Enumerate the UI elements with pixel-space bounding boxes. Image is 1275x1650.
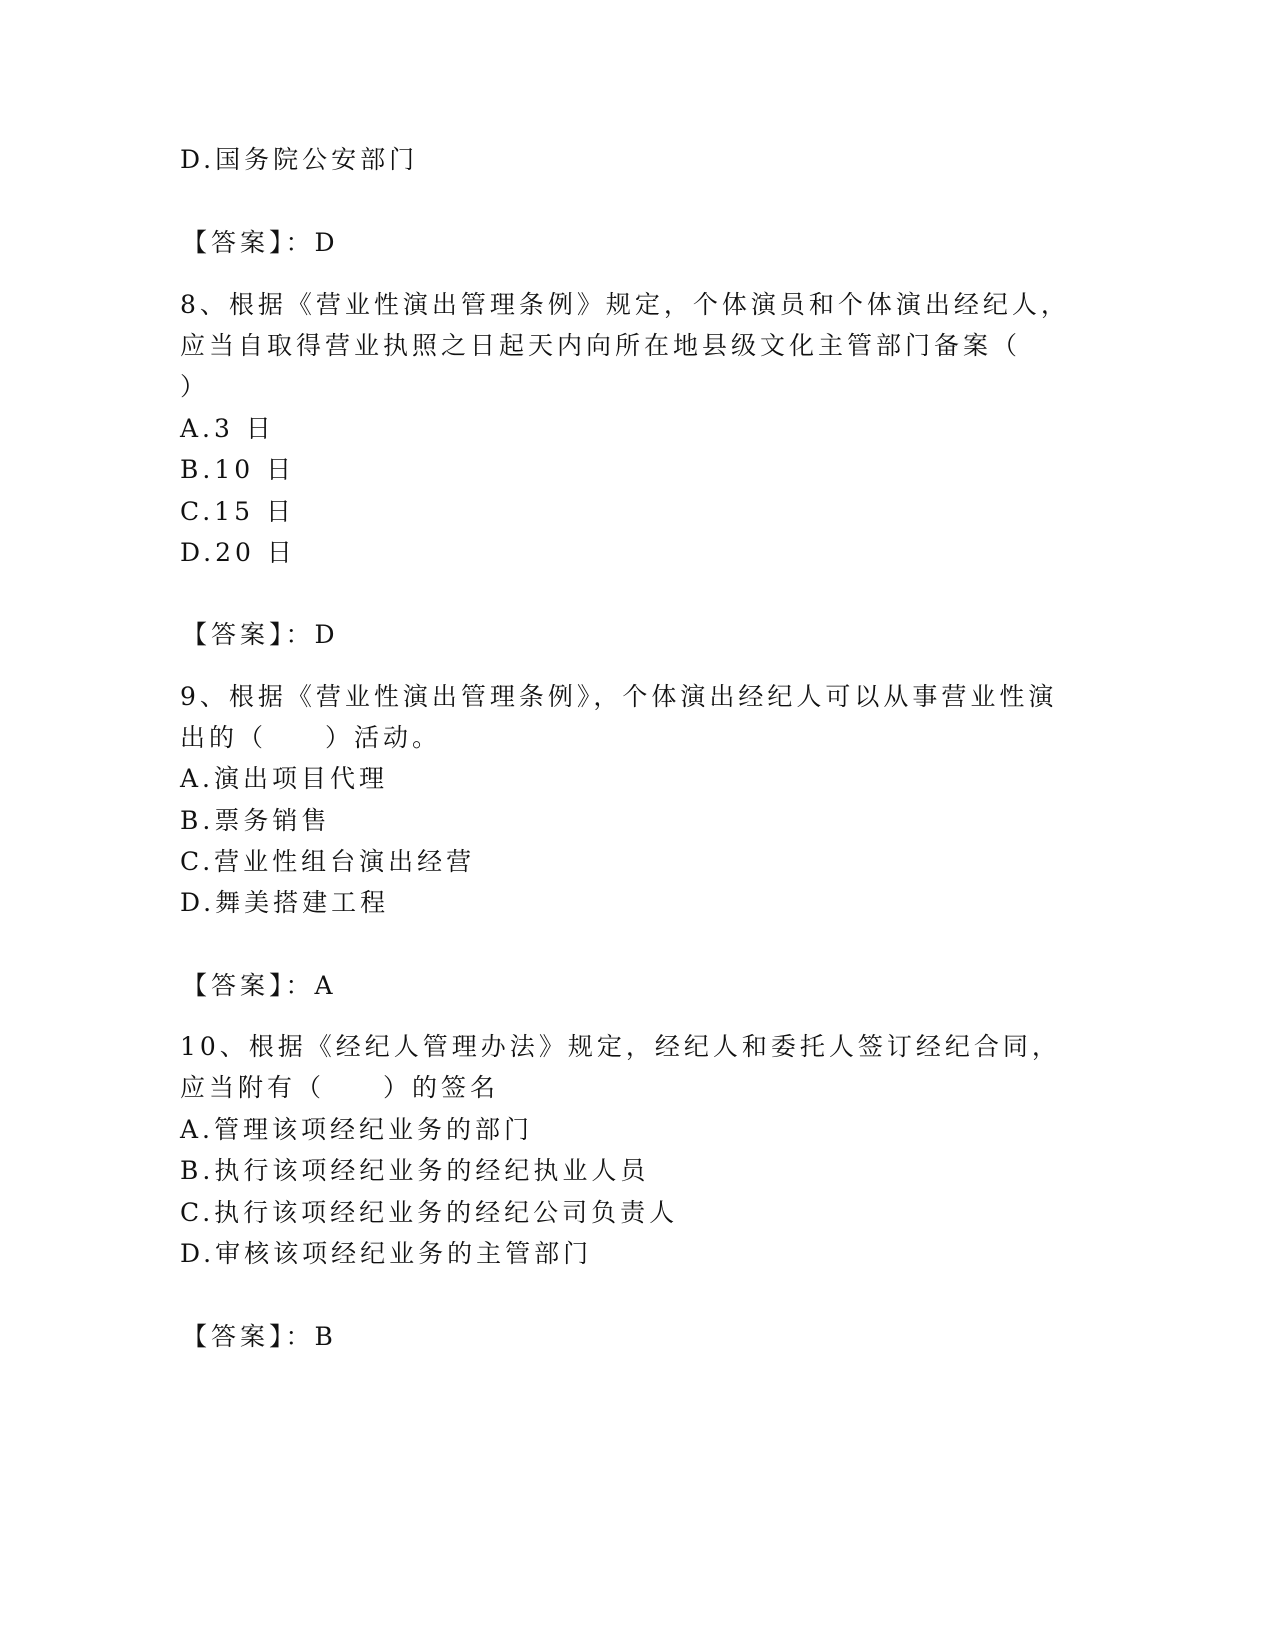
- prev-answer: 【答案】：D: [182, 226, 339, 260]
- question-stem: 应当自取得营业执照之日起天内向所在地县级文化主管部门备案（: [180, 329, 1021, 363]
- option-b: B.票务销售: [180, 804, 330, 838]
- prev-option-d: D.国务院公安部门: [180, 143, 418, 177]
- option-d: D.审核该项经纪业务的主管部门: [180, 1237, 592, 1271]
- option-c: C.15 日: [180, 495, 295, 529]
- option-a: A.3 日: [180, 412, 275, 446]
- option-b: B.10 日: [180, 453, 295, 487]
- answer: 【答案】：B: [182, 1320, 337, 1354]
- question-stem: 应当附有（ ）的签名: [180, 1071, 499, 1105]
- option-c: C.执行该项经纪业务的经纪公司负责人: [180, 1196, 678, 1230]
- question-stem: ）: [180, 370, 209, 404]
- question-stem: 9、根据《营业性演出管理条例》，个体演出经纪人可以从事营业性演: [180, 680, 1057, 714]
- question-stem: 出的（ ）活动。: [180, 721, 441, 755]
- option-d: D.舞美搭建工程: [180, 886, 389, 920]
- answer: 【答案】：D: [182, 618, 339, 652]
- question-stem: 8、根据《营业性演出管理条例》规定，个体演员和个体演出经纪人，: [180, 288, 1070, 322]
- answer: 【答案】：A: [182, 969, 337, 1003]
- option-a: A.演出项目代理: [180, 762, 388, 796]
- question-stem: 10、根据《经纪人管理办法》规定，经纪人和委托人签订经纪合同，: [180, 1030, 1061, 1064]
- option-d: D.20 日: [180, 536, 296, 570]
- option-a: A.管理该项经纪业务的部门: [180, 1113, 533, 1147]
- option-b: B.执行该项经纪业务的经纪执业人员: [180, 1154, 649, 1188]
- option-c: C.营业性组台演出经营: [180, 845, 475, 879]
